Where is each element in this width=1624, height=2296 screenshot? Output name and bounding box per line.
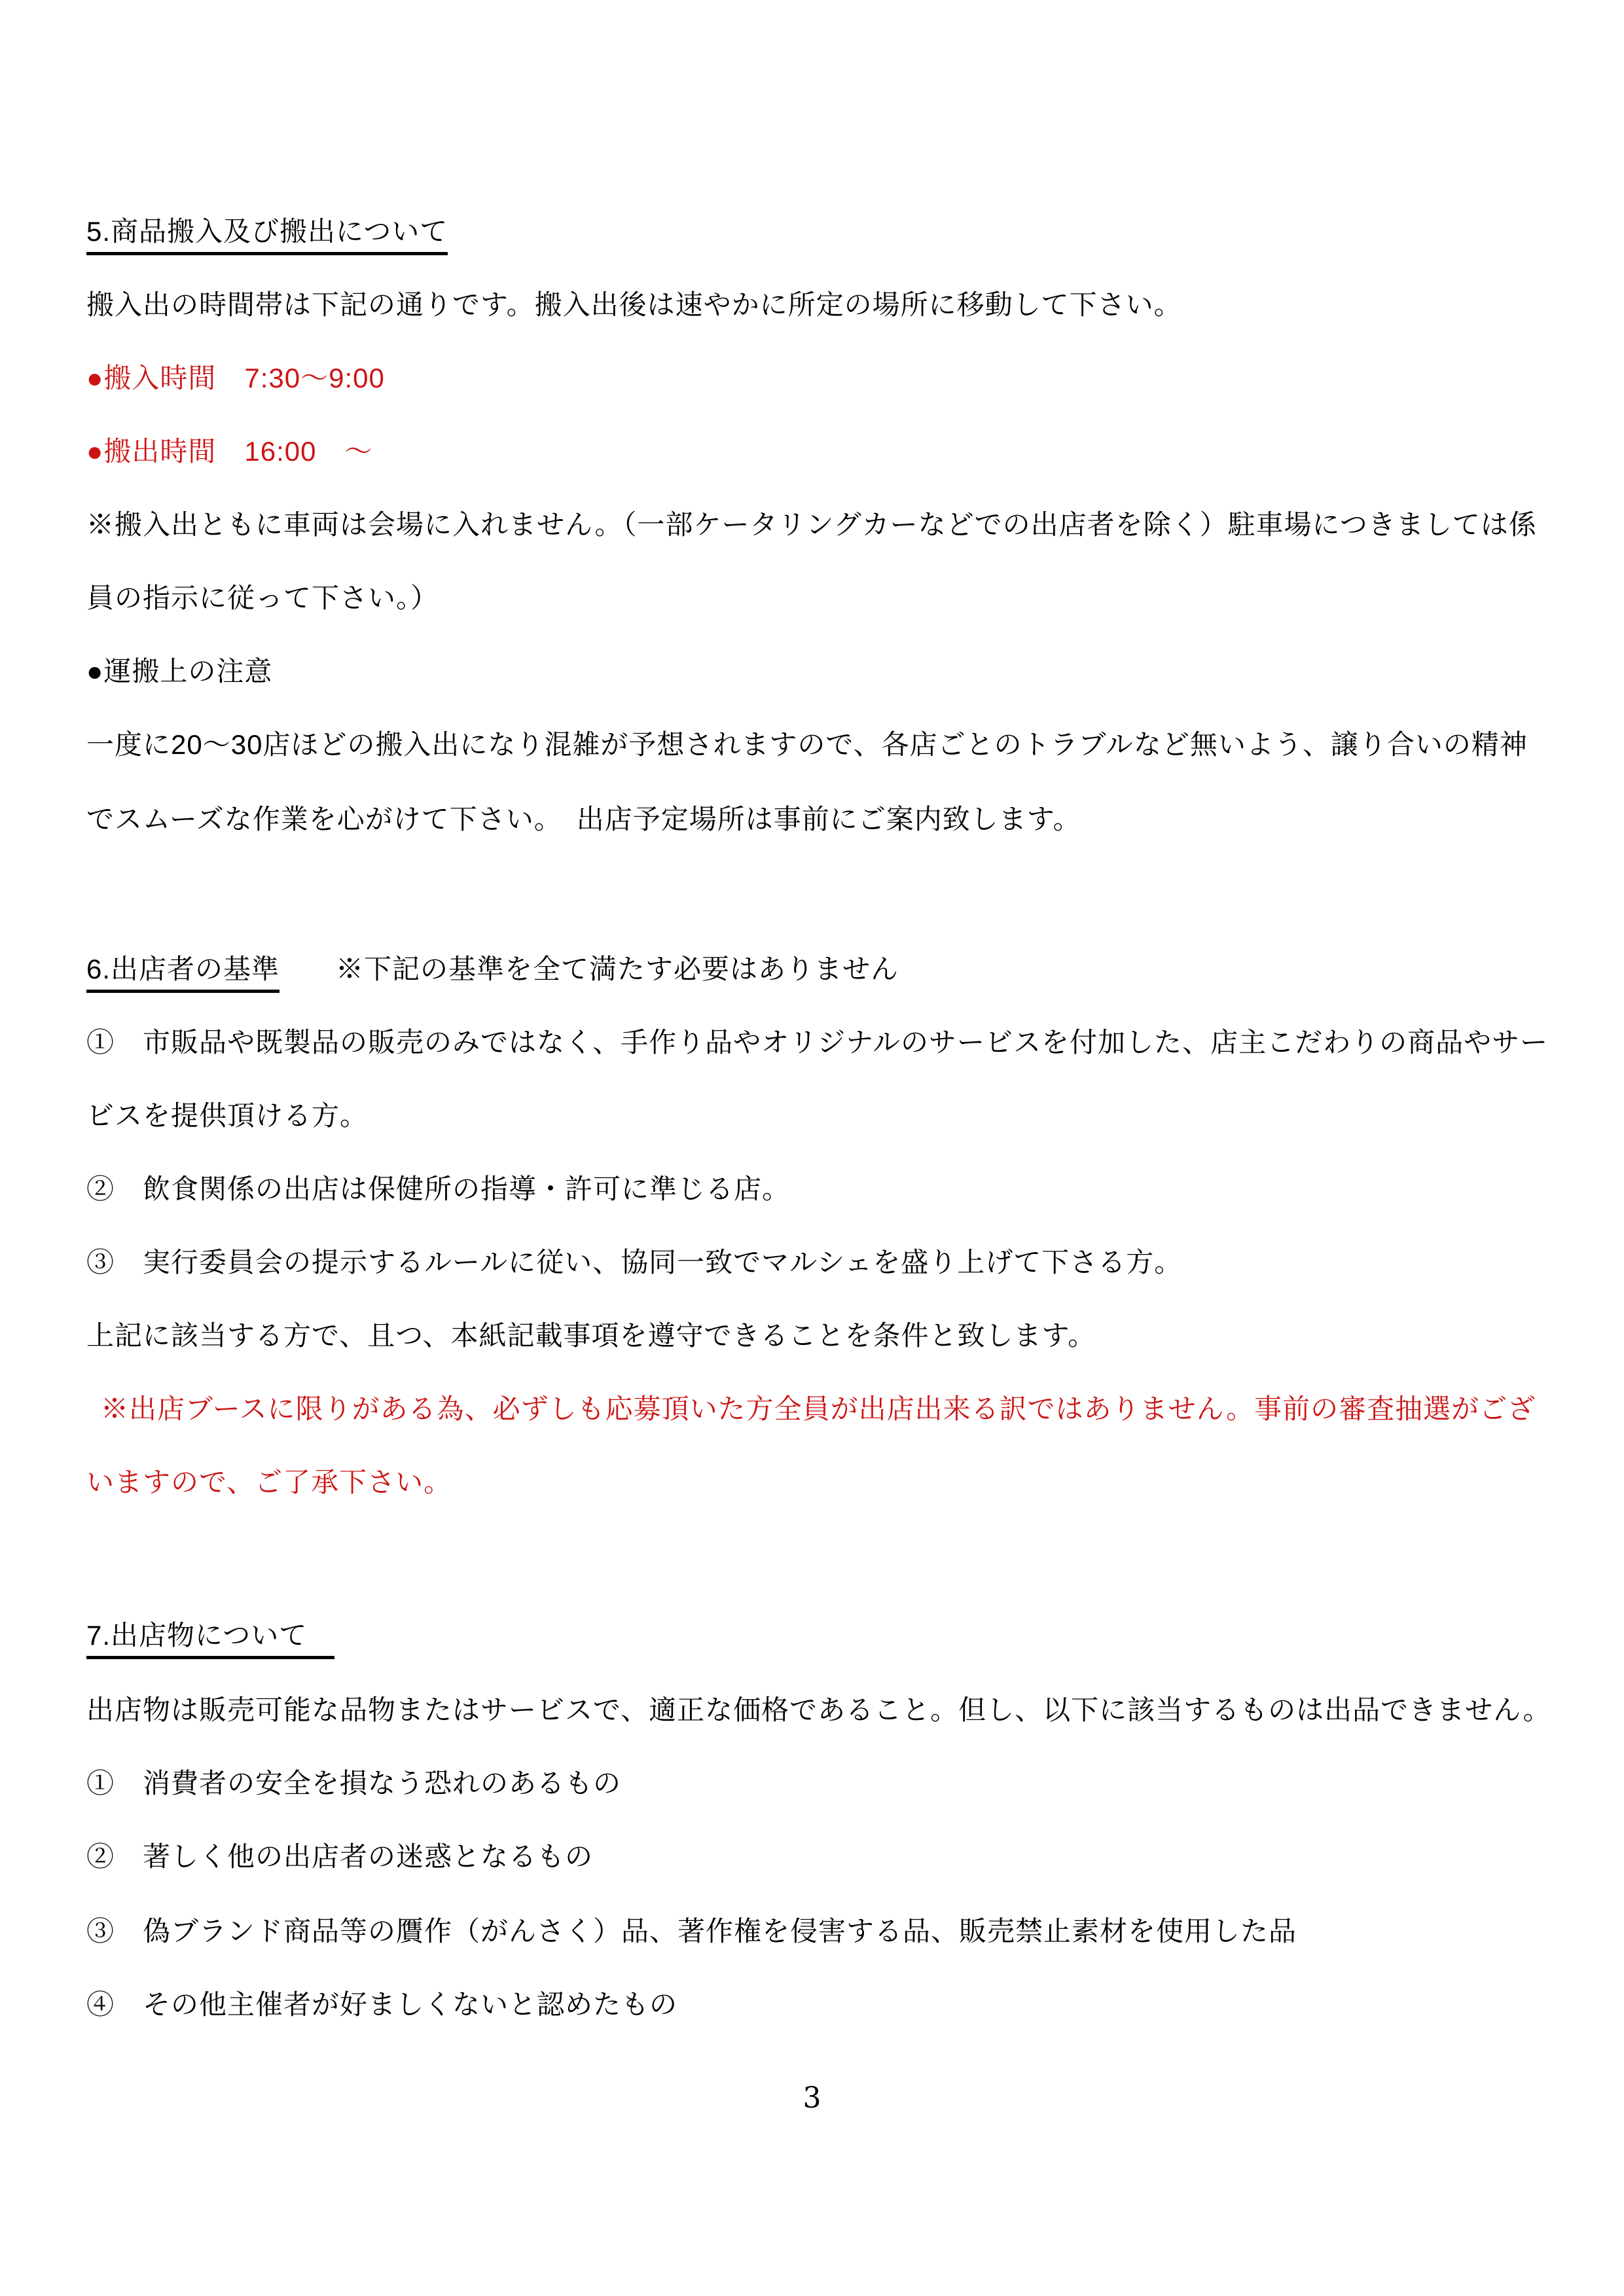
vehicle-note-line2: 員の指示に従って下さい。） — [86, 579, 1545, 617]
section6-heading: 6.出店者の基準 ※下記の基準を全て満たす必要はありません — [86, 950, 1545, 988]
section6-condition: 上記に該当する方で、且つ、本紙記載事項を遵守できることを条件と致します。 — [86, 1317, 1545, 1355]
vehicle-note-line1: ※搬入出ともに車両は会場に入れません。（一部ケータリングカーなどでの出店者を除く… — [86, 506, 1545, 544]
section6-item3: ③ 実行委員会の提示するルールに従い、協同一致でマルシェを盛り上げて下さる方。 — [86, 1244, 1545, 1282]
section5-intro: 搬入出の時間帯は下記の通りです。搬入出後は速やかに所定の場所に移動して下さい。 — [86, 286, 1545, 324]
caution-line2: でスムーズな作業を心がけて下さい。 出店予定場所は事前にご案内致します。 — [86, 800, 1545, 838]
page-number: 3 — [0, 2081, 1624, 2115]
section6-heading-text: 6.出店者の基準 — [86, 954, 280, 993]
section6-red-note-line2: いますので、ご了承下さい。 — [86, 1463, 1545, 1501]
section5-heading: 5.商品搬入及び搬出について — [86, 213, 1545, 251]
section7-heading-text: 7.出店物について — [86, 1620, 334, 1659]
carry-in-time: ●搬入時間 7:30～9:00 — [86, 359, 1545, 397]
section7-heading: 7.出店物について — [86, 1617, 1545, 1655]
section7-intro: 出店物は販売可能な品物またはサービスで、適正な価格であること。但し、以下に該当す… — [86, 1691, 1545, 1729]
section7-item2: ② 著しく他の出店者の迷惑となるもの — [86, 1838, 1545, 1876]
caution-heading: ●運搬上の注意 — [86, 653, 1545, 691]
section7-item3: ③ 偽ブランド商品等の贋作（がんさく）品、著作権を侵害する品、販売禁止素材を使用… — [86, 1912, 1545, 1950]
section6-item1-line1: ① 市販品や既製品の販売のみではなく、手作り品やオリジナルのサービスを付加した、… — [86, 1024, 1545, 1062]
carry-out-time: ●搬出時間 16:00 ～ — [86, 433, 1545, 471]
section7-item1: ① 消費者の安全を損なう恐れのあるもの — [86, 1765, 1545, 1803]
section6-heading-note: ※下記の基準を全て満たす必要はありません — [280, 954, 899, 984]
document-page: 5.商品搬入及び搬出について 搬入出の時間帯は下記の通りです。搬入出後は速やかに… — [0, 0, 1624, 2296]
section5-heading-text: 5.商品搬入及び搬出について — [86, 216, 448, 255]
section7-item4: ④ その他主催者が好ましくないと認めたもの — [86, 1986, 1545, 2024]
section6-item2: ② 飲食関係の出店は保健所の指導・許可に準じる店。 — [86, 1170, 1545, 1208]
section6-item1-line2: ビスを提供頂ける方。 — [86, 1097, 1545, 1135]
caution-line1: 一度に20～30店ほどの搬入出になり混雑が予想されますので、各店ごとのトラブルな… — [86, 726, 1545, 764]
section6-red-note-line1: ※出店ブースに限りがある為、必ずしも応募頂いた方全員が出店出来る訳ではありません… — [86, 1390, 1545, 1428]
